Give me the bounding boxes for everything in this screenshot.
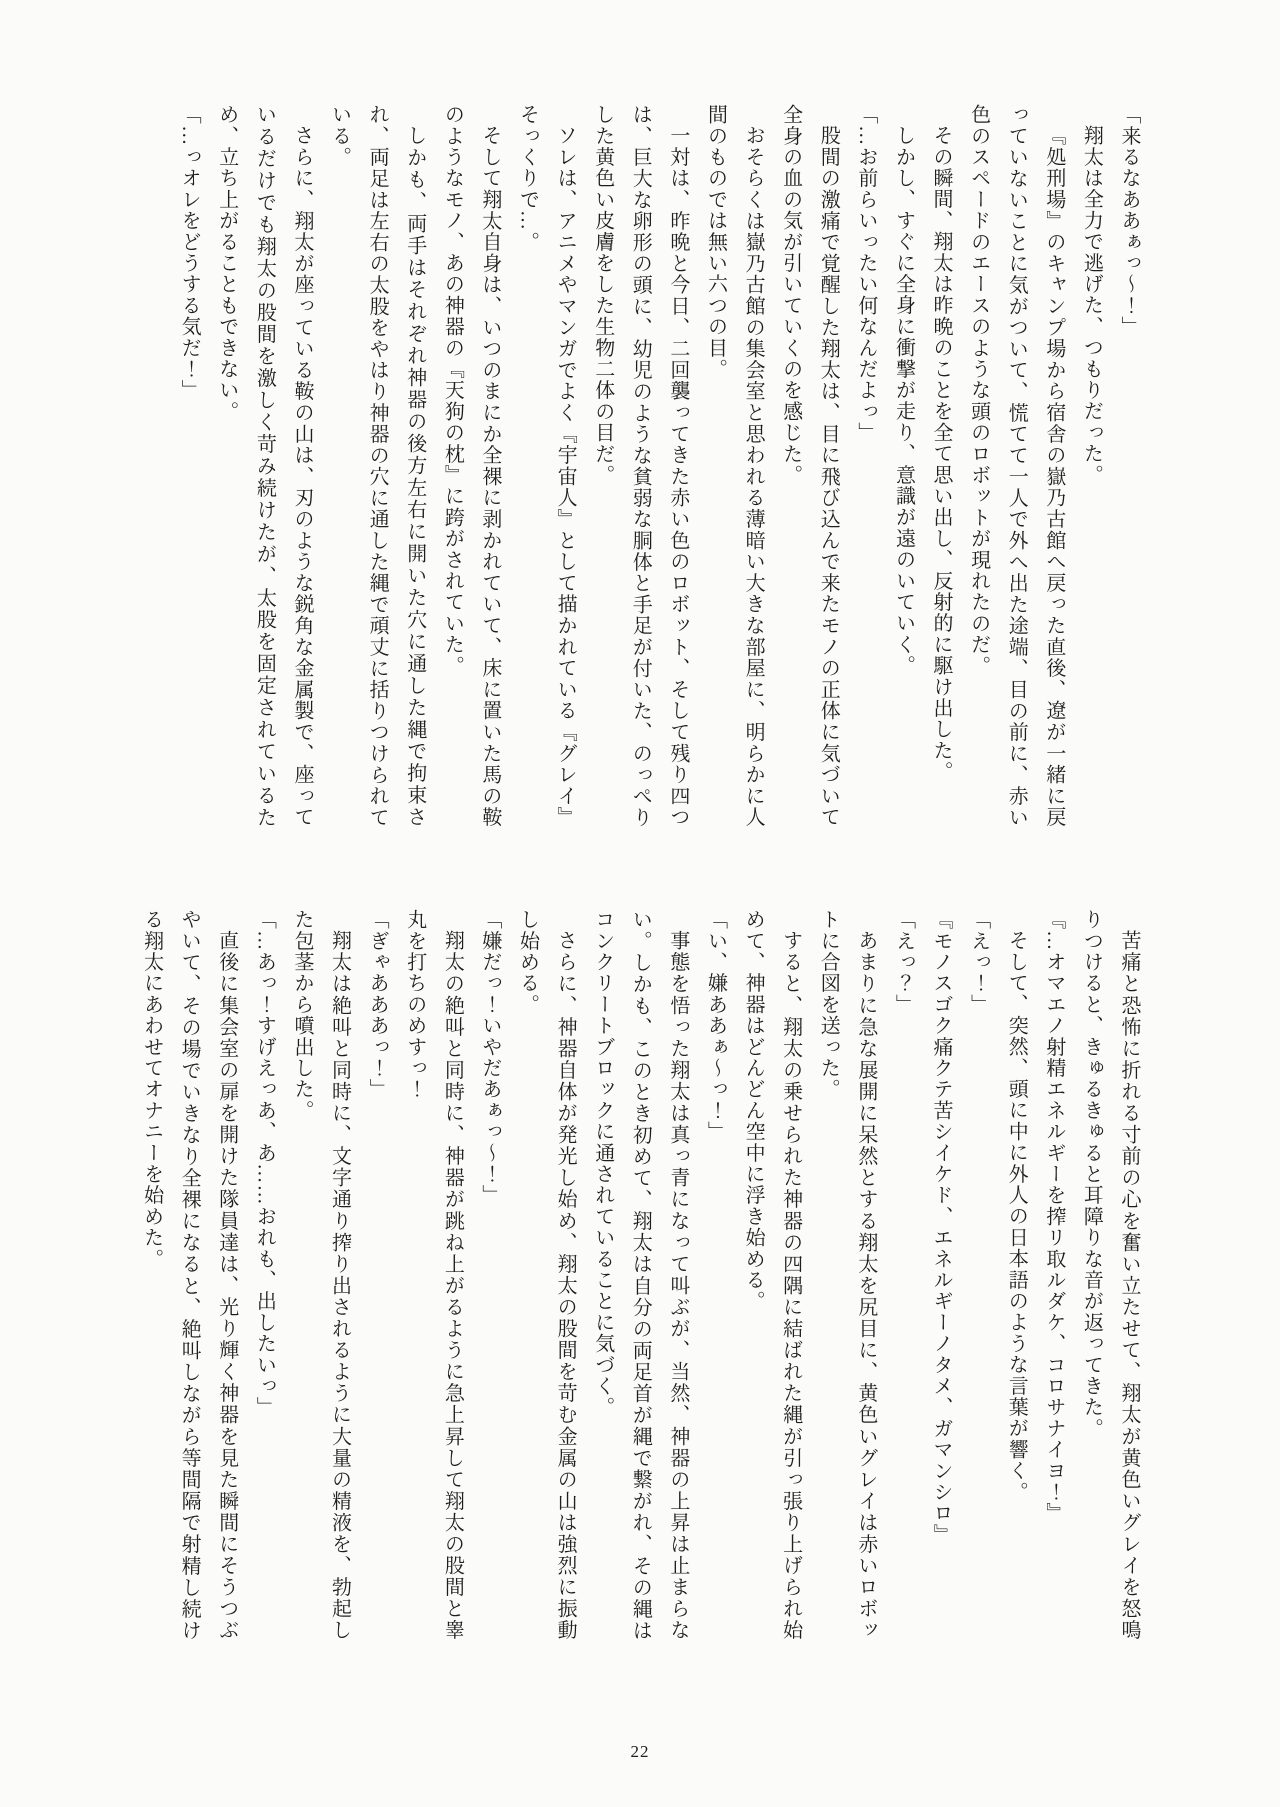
dialogue-line: 「…お前らいったい何なんだよっ」 (846, 104, 884, 828)
page-number: 22 (0, 1742, 1280, 1762)
narration-paragraph: その瞬間、翔太は昨晩のことを全て思い出し、反射的に駆け出した。 (921, 104, 959, 828)
narration-paragraph: さらに、神器自体が発光し始め、翔太の股間を苛む金属の山は強烈に振動し始める。 (508, 909, 583, 1641)
narration-paragraph: 股間の激痛で覚醒した翔太は、目に飛び込んで来たモノの正体に気づいて全身の血の気が… (771, 104, 846, 828)
dialogue-line: 「来るなああぁっ～！」 (1109, 104, 1147, 828)
narration-paragraph: 直後に集会室の扉を開けた隊員達は、光り輝く神器を見た瞬間にそうつぶやいて、その場… (132, 909, 245, 1641)
narration-paragraph: ソレは、アニメやマンガでよく『宇宙人』として描かれている『グレイ』そっくりで…。 (508, 104, 583, 828)
dialogue-line: 「ぎゃあああっ！」 (358, 909, 396, 1641)
novel-page: 「来るなああぁっ～！」 翔太は全力で逃げた、つもりだった。 『処刑場』のキャンプ… (0, 0, 1280, 1807)
text-section-top: 「来るなああぁっ～！」 翔太は全力で逃げた、つもりだった。 『処刑場』のキャンプ… (170, 104, 1147, 828)
dialogue-line: 「えっ！」 (959, 909, 997, 1641)
narration-paragraph: あまりに急な展開に呆然とする翔太を尻目に、黄色いグレイは赤いロボットに合図を送っ… (809, 909, 884, 1641)
narration-paragraph: 翔太は全力で逃げた、つもりだった。 (1072, 104, 1110, 828)
narration-paragraph: すると、翔太の乗せられた神器の四隅に結ばれた縄が引っ張り上げられ始めて、神器はど… (733, 909, 808, 1641)
text-section-bottom: 苦痛と恐怖に折れる寸前の心を奮い立たせて、翔太が黄色いグレイを怒鳴りつけると、き… (132, 909, 1147, 1641)
dialogue-line: 『モノスゴク痛クテ苦シイケド、エネルギーノタメ、ガマンシロ』 (921, 909, 959, 1641)
narration-paragraph: 事態を悟った翔太は真っ青になって叫ぶが、当然、神器の上昇は止まらない。しかも、こ… (583, 909, 696, 1641)
dialogue-line: 「…っオレをどうする気だ！」 (170, 104, 208, 828)
narration-paragraph: おそらくは嶽乃古館の集会室と思われる薄暗い大きな部屋に、明らかに人間のものでは無… (696, 104, 771, 828)
dialogue-line: 「い、嫌ああぁ～っ！」 (696, 909, 734, 1641)
narration-paragraph: 翔太の絶叫と同時に、神器が跳ね上がるように急上昇して翔太の股間と睾丸を打ちのめす… (395, 909, 470, 1641)
narration-paragraph: しかし、すぐに全身に衝撃が走り、意識が遠のいていく。 (884, 104, 922, 828)
narration-paragraph: そして翔太自身は、いつのまにか全裸に剥かれていて、床に置いた馬の鞍のようなモノ、… (433, 104, 508, 828)
narration-paragraph: 『処刑場』のキャンプ場から宿舎の嶽乃古館へ戻った直後、遼が一緒に戻っていないこと… (959, 104, 1072, 828)
dialogue-line: 「…あっ！すげえっあ、あ……おれも、出したいっ」 (245, 909, 283, 1641)
narration-paragraph: 苦痛と恐怖に折れる寸前の心を奮い立たせて、翔太が黄色いグレイを怒鳴りつけると、き… (1072, 909, 1147, 1641)
dialogue-line: 『…オマエノ射精エネルギーを搾リ取ルダケ、コロサナイヨ！』 (1034, 909, 1072, 1641)
narration-paragraph: 翔太は絶叫と同時に、文字通り搾り出されるように大量の精液を、勃起した包茎から噴出… (282, 909, 357, 1641)
narration-paragraph: しかも、両手はそれぞれ神器の後方左右に開いた穴に通した縄で拘束され、両足は左右の… (320, 104, 433, 828)
dialogue-line: 「えっ？」 (884, 909, 922, 1641)
narration-paragraph: そして、突然、頭に中に外人の日本語のような言葉が響く。 (997, 909, 1035, 1641)
dialogue-line: 「嫌だっ！いやだあぁっ～！」 (470, 909, 508, 1641)
narration-paragraph: さらに、翔太が座っている鞍の山は、刃のような鋭角な金属製で、座っているだけでも翔… (207, 104, 320, 828)
narration-paragraph: 一対は、昨晩と今日、二回襲ってきた赤い色のロボット、そして残り四つは、巨大な卵形… (583, 104, 696, 828)
